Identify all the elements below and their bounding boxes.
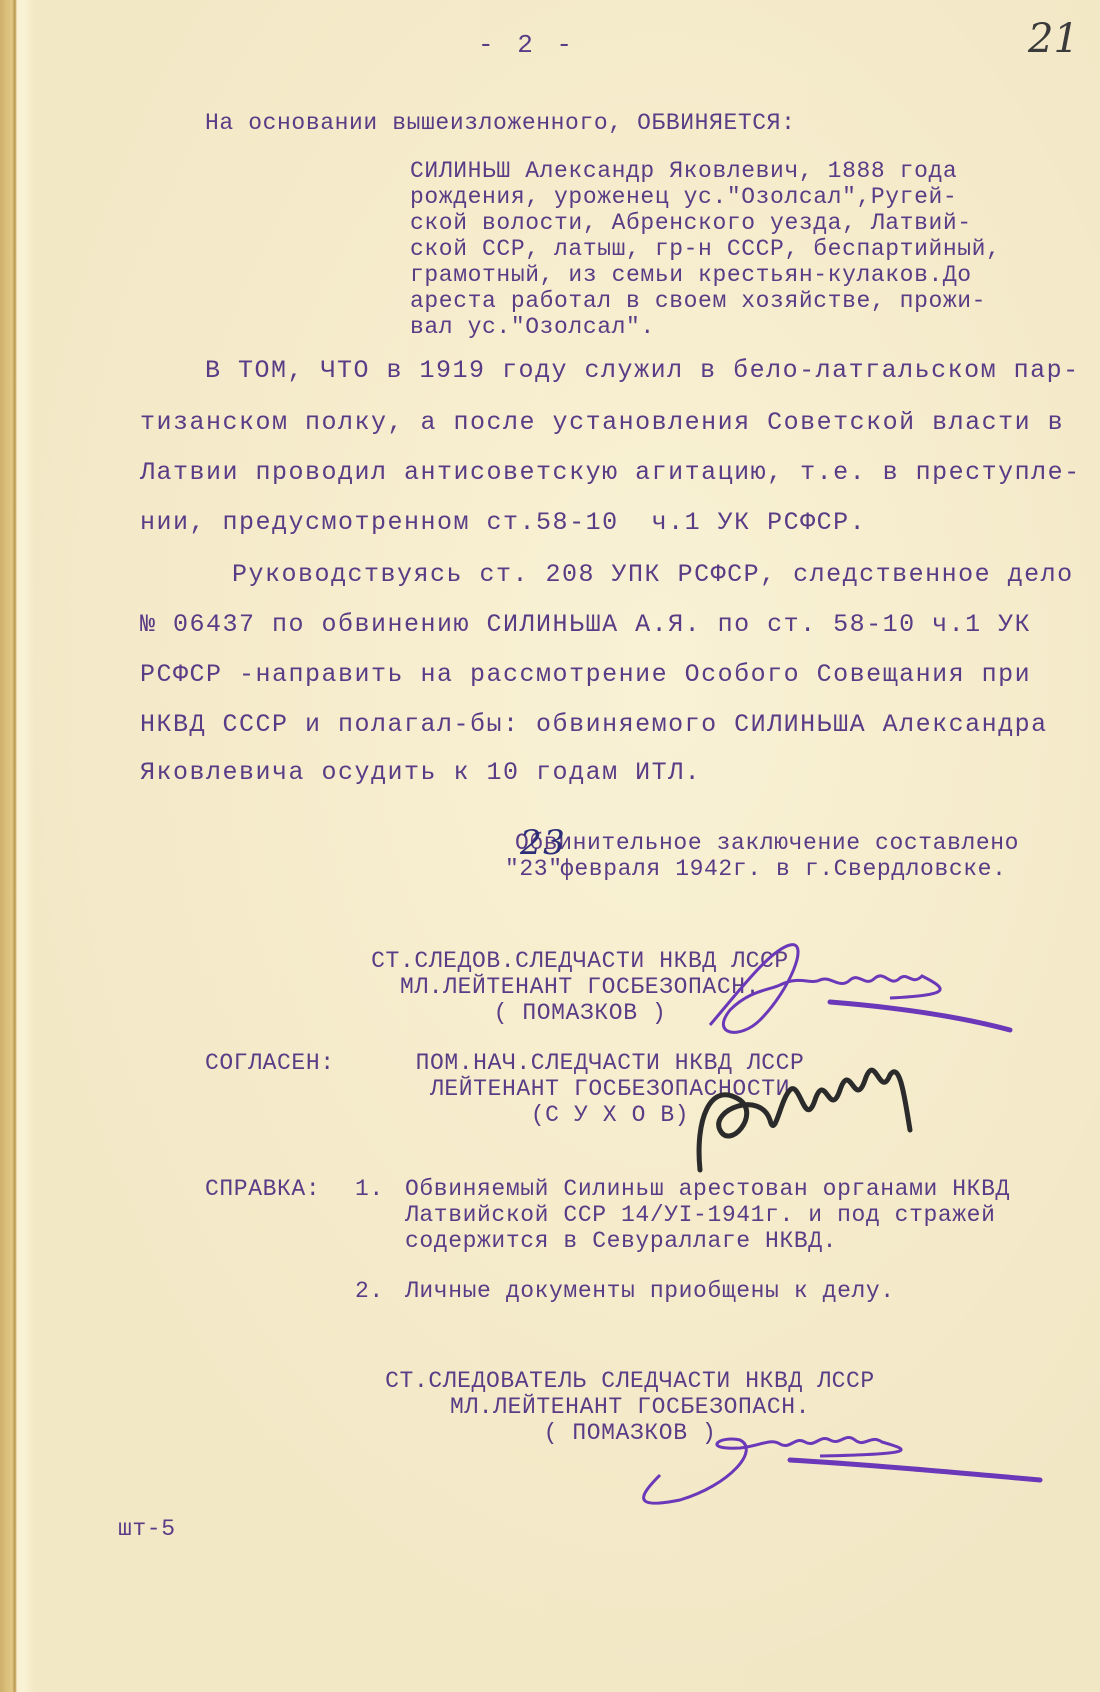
accused-line: рождения, уроженец ус."Озолсал",Ругей- (410, 186, 957, 209)
reference-label: СПРАВКА: (205, 1178, 320, 1201)
charge-line: В ТОМ, ЧТО в 1919 году служил в бело-лат… (205, 358, 1080, 383)
footer-code: шт-5 (118, 1518, 176, 1541)
reference-item-line: содержится в Севураллаге НКВД. (405, 1230, 837, 1253)
agreement-label: СОГЛАСЕН: (205, 1052, 335, 1075)
charge-line: нии, предусмотренном ст.58-10 ч.1 УК РСФ… (140, 510, 866, 535)
accused-line: вал ус."Озолсал". (410, 316, 655, 339)
signature-scribble-icon (620, 1400, 1060, 1510)
accused-line: грамотный, из семьи крестьян-кулаков.До (410, 264, 972, 287)
charge-line: Латвии проводил антисоветскую агитацию, … (140, 460, 1081, 485)
resolution-line: РСФСР -направить на рассмотрение Особого… (140, 662, 1031, 687)
accused-line: ской волости, Абренского уезда, Латвий- (410, 212, 972, 235)
resolution-line: Руководствуясь ст. 208 УПК РСФСР, следст… (232, 562, 1074, 587)
binding-edge (0, 0, 17, 1692)
page-number: - 2 - (478, 32, 576, 58)
resolution-line: НКВД СССР и полагал-бы: обвиняемого СИЛИ… (140, 712, 1048, 737)
charge-line: тизанском полку, а после установления Со… (140, 410, 1064, 435)
reference-item-line: Латвийской ССР 14/УI-1941г. и под страже… (405, 1204, 996, 1227)
compiled-line: февраля 1942г. в г.Свердловске. (560, 858, 1006, 881)
compiled-line: Обвинительное заключение составлено (515, 832, 1019, 855)
folio-number: 21 (1028, 16, 1079, 62)
reference-item-number: 2. (355, 1280, 384, 1303)
signature-scribble-icon (650, 930, 1030, 1050)
resolution-line: № 06437 по обвинению СИЛИНЬША А.Я. по ст… (140, 612, 1031, 637)
intro-line: На основании вышеизложенного, ОБВИНЯЕТСЯ… (205, 112, 796, 135)
resolution-line: Яковлевича осудить к 10 годам ИТЛ. (140, 760, 701, 785)
accused-line: ареста работал в своем хозяйстве, прожи- (410, 290, 986, 313)
reference-item-number: 1. (355, 1178, 384, 1201)
signature-line: СТ.СЛЕДОВАТЕЛЬ СЛЕДЧАСТИ НКВД ЛССР (330, 1370, 930, 1393)
accused-line: ской ССР, латыш, гр-н СССР, беспартийный… (410, 238, 1001, 261)
document-page: - 2 - 21 На основании вышеизложенного, О… (0, 0, 1100, 1692)
reference-item-line: Личные документы приобщены к делу. (405, 1280, 895, 1303)
pencil-signature-icon (680, 1040, 980, 1180)
reference-item-line: Обвиняемый Силиньш арестован органами НК… (405, 1178, 1010, 1201)
handwritten-day: 23 (520, 826, 566, 860)
accused-line: СИЛИНЬШ Александр Яковлевич, 1888 года (410, 160, 957, 183)
